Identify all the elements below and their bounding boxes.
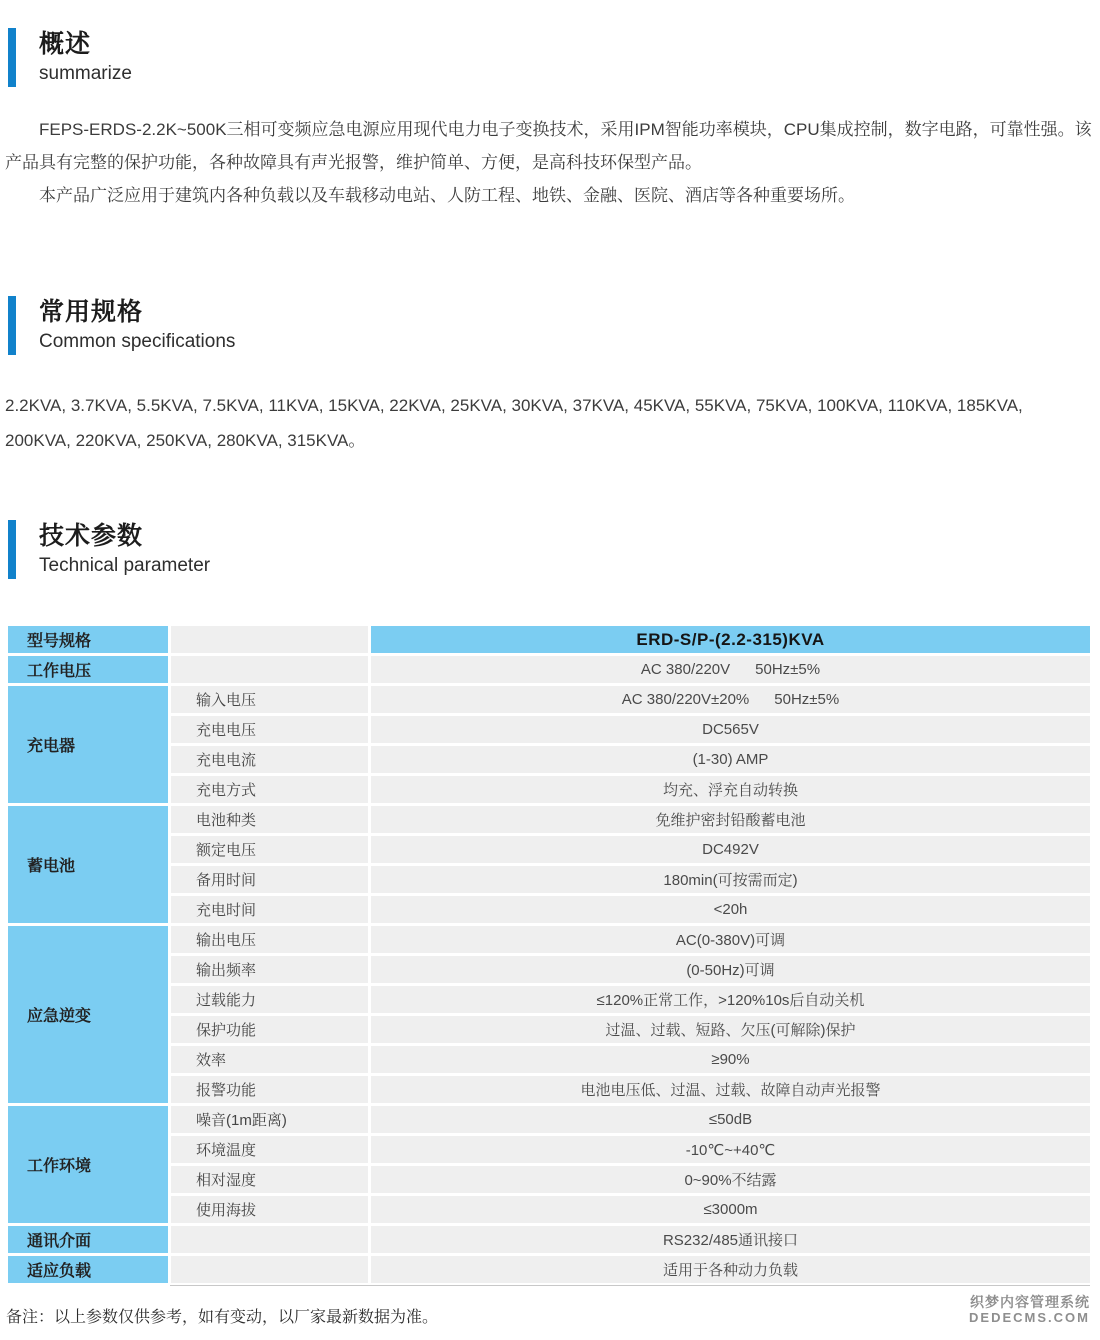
table-value-cell: 0~90%不结露 [371, 1166, 1090, 1193]
table-param-cell: 输入电压 [171, 686, 368, 713]
table-group-label: 适应负载 [8, 1256, 168, 1283]
table-value-cell: (0-50Hz)可调 [371, 956, 1090, 983]
section-technical-heading: 技术参数 Technical parameter [8, 520, 1100, 579]
table-param-cell [171, 1226, 368, 1253]
table-group-label: 工作电压 [8, 656, 168, 683]
accent-bar [8, 520, 16, 579]
product-spec-page: 概述 summarize FEPS-ERDS-2.2K~500K三相可变频应急电… [0, 0, 1100, 1340]
table-param-cell: 报警功能 [171, 1076, 368, 1103]
footer-note: 备注：以上参数仅供参考，如有变动，以厂家最新数据为准。 [6, 1308, 1092, 1328]
table-value-cell: 均充、浮充自动转换 [371, 776, 1090, 803]
table-param-cell: 输出频率 [171, 956, 368, 983]
table-param-cell: 输出电压 [171, 926, 368, 953]
table-value-cell: AC(0-380V)可调 [371, 926, 1090, 953]
accent-bar [8, 28, 16, 87]
table-param-cell: 充电电压 [171, 716, 368, 743]
table-param-cell: 充电方式 [171, 776, 368, 803]
watermark-line-en: DEDECMS.COM [969, 1310, 1090, 1325]
table-value-cell: ≤120%正常工作，>120%10s后自动关机 [371, 986, 1090, 1013]
table-value-cell: (1-30) AMP [371, 746, 1090, 773]
table-value-cell: 180min(可按需而定) [371, 866, 1090, 893]
overview-paragraph-1: FEPS-ERDS-2.2K~500K三相可变频应急电源应用现代电力电子变换技术… [5, 113, 1092, 179]
table-param-cell: 电池种类 [171, 806, 368, 833]
technical-title-en: Technical parameter [39, 552, 210, 579]
overview-body: FEPS-ERDS-2.2K~500K三相可变频应急电源应用现代电力电子变换技术… [5, 113, 1092, 212]
table-param-cell: 效率 [171, 1046, 368, 1073]
table-value-cell: DC565V [371, 716, 1090, 743]
common-specs-title-en: Common specifications [39, 328, 235, 355]
common-specs-title-zh: 常用规格 [39, 296, 235, 328]
table-value-cell: -10℃~+40℃ [371, 1136, 1090, 1163]
overview-title-zh: 概述 [39, 28, 132, 60]
table-value-cell: 免维护密封铅酸蓄电池 [371, 806, 1090, 833]
overview-title-en: summarize [39, 60, 132, 87]
table-group-label: 应急逆变 [8, 926, 168, 1103]
table-value-cell: 过温、过载、短路、欠压(可解除)保护 [371, 1016, 1090, 1043]
table-param-cell: 备用时间 [171, 866, 368, 893]
table-param-cell: 使用海拔 [171, 1196, 368, 1223]
table-value-cell: 电池电压低、过温、过载、故障自动声光报警 [371, 1076, 1090, 1103]
common-specs-list: 2.2KVA, 3.7KVA, 5.5KVA, 7.5KVA, 11KVA, 1… [5, 388, 1092, 458]
table-value-cell: <20h [371, 896, 1090, 923]
table-param-cell: 额定电压 [171, 836, 368, 863]
table-value-cell: ≤3000m [371, 1196, 1090, 1223]
table-param-cell: 环境温度 [171, 1136, 368, 1163]
table-group-label: 充电器 [8, 686, 168, 803]
table-value-cell: RS232/485通讯接口 [371, 1226, 1090, 1253]
technical-title-zh: 技术参数 [39, 520, 210, 552]
table-value-cell: DC492V [371, 836, 1090, 863]
table-param-cell [171, 656, 368, 683]
table-value-cell: 适用于各种动力负载 [371, 1256, 1090, 1283]
table-value-cell: ≥90% [371, 1046, 1090, 1073]
table-group-label: 蓄电池 [8, 806, 168, 923]
watermark-line-zh: 织梦内容管理系统 [969, 1294, 1090, 1310]
table-param-cell: 相对湿度 [171, 1166, 368, 1193]
table-param-cell: 噪音(1m距离) [171, 1106, 368, 1133]
table-param-cell: 过载能力 [171, 986, 368, 1013]
accent-bar [8, 296, 16, 355]
table-model-header: ERD-S/P-(2.2-315)KVA [371, 626, 1090, 653]
table-group-label: 工作环境 [8, 1106, 168, 1223]
table-value-cell: AC 380/220V±20% 50Hz±5% [371, 686, 1090, 713]
table-group-label: 通讯介面 [8, 1226, 168, 1253]
dedecms-watermark: 织梦内容管理系统 DEDECMS.COM [969, 1294, 1090, 1325]
section-common-specs-heading: 常用规格 Common specifications [8, 296, 1100, 355]
table-param-cell [171, 626, 368, 653]
table-bottom-rule [170, 1285, 1090, 1286]
table-value-cell: AC 380/220V 50Hz±5% [371, 656, 1090, 683]
spec-table: 型号规格ERD-S/P-(2.2-315)KVA工作电压AC 380/220V … [8, 626, 1090, 1283]
table-param-cell: 保护功能 [171, 1016, 368, 1043]
section-overview-heading: 概述 summarize [8, 28, 1100, 87]
overview-paragraph-2: 本产品广泛应用于建筑内各种负载以及车载移动电站、人防工程、地铁、金融、医院、酒店… [5, 179, 1092, 212]
table-param-cell: 充电时间 [171, 896, 368, 923]
table-value-cell: ≤50dB [371, 1106, 1090, 1133]
table-group-label: 型号规格 [8, 626, 168, 653]
table-param-cell: 充电电流 [171, 746, 368, 773]
table-param-cell [171, 1256, 368, 1283]
